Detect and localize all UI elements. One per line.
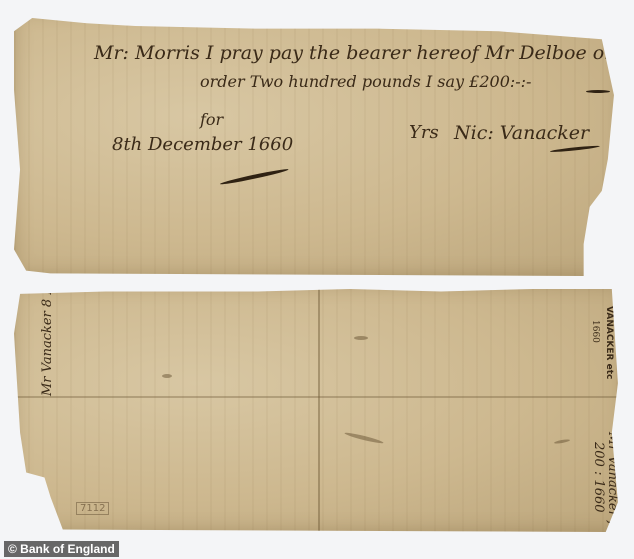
vertical-fold	[318, 284, 320, 532]
horizontal-fold	[14, 396, 624, 398]
for-label: for	[200, 110, 223, 129]
signature-flourish	[550, 145, 600, 153]
top-right-year: 1660	[590, 320, 600, 343]
signature: Nic: Vanacker	[454, 122, 589, 144]
ink-smudge	[554, 439, 570, 445]
amount-dash	[586, 90, 610, 93]
signature-prefix: Yrs	[409, 122, 439, 143]
copyright-credit: © Bank of England	[4, 541, 119, 557]
date-flourish	[220, 167, 289, 185]
cheque-back: Mr Vanacker 8 Dec 1660 VANACKER etc 1660…	[14, 284, 624, 532]
bottom-right-endorsement: Mr Vanacker for	[605, 432, 620, 540]
cheque-date: 8th December 1660	[112, 134, 293, 155]
top-right-docket: VANACKER etc	[604, 306, 614, 379]
ink-smudge	[344, 431, 384, 445]
cheque-front: Mr: Morris I pray pay the bearer hereof …	[14, 10, 620, 276]
archive-stamp: 7112	[76, 502, 109, 515]
bottom-right-amount: 200 : 1660	[591, 442, 606, 513]
ink-smudge	[354, 336, 368, 340]
ink-smudge	[162, 374, 172, 378]
payee-line-1: Mr: Morris I pray pay the bearer hereof …	[94, 42, 613, 64]
amount-line: order Two hundred pounds I say £200:-:-	[200, 72, 531, 91]
